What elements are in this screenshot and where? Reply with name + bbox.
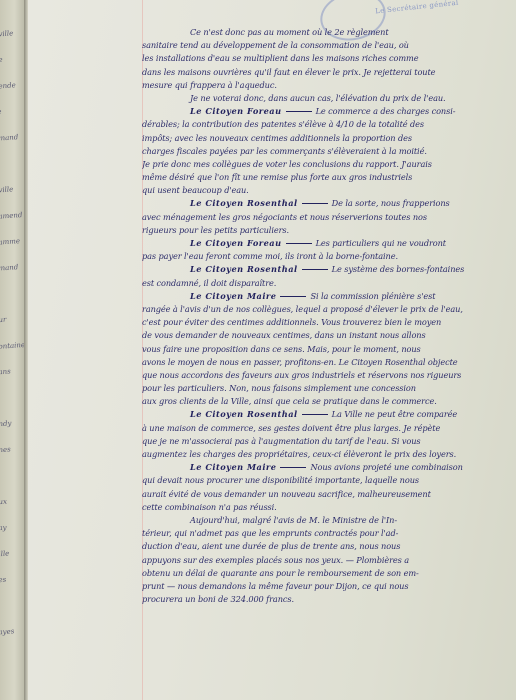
- margin-note: re: [0, 108, 2, 117]
- line-text: obtenu un délai de quarante ans pour le …: [142, 568, 419, 578]
- speaker-dash: [286, 111, 312, 112]
- text-line: procurera un boni de 324.000 francs.: [142, 593, 512, 606]
- text-line: aux gros clients de la Ville, ainsi que …: [142, 395, 512, 408]
- margin-note: ..ur: [0, 316, 7, 325]
- margin-note: ..ontaine: [0, 341, 24, 351]
- margin-note: ..mand: [0, 263, 19, 273]
- line-text: à une maison de commerce, ses gestes doi…: [142, 423, 440, 433]
- text-line: duction d'eau, aient une durée de plus d…: [142, 540, 512, 553]
- text-line: aurait évité de vous demander un nouveau…: [142, 488, 512, 501]
- text-line: à une maison de commerce, ses gestes doi…: [142, 422, 512, 435]
- speaker-line: Le Citoyen ForeauLe commerce a des charg…: [142, 105, 512, 118]
- text-line: pas payer l'eau feront comme moi, ils ir…: [142, 250, 512, 263]
- line-text: vous faire une proposition dans ce sens.…: [142, 344, 421, 354]
- speaker-name: Le Citoyen Rosenthal: [190, 409, 298, 419]
- line-text: de vous demander de nouveaux centimes, d…: [142, 330, 426, 340]
- line-text: La Ville ne peut être comparée: [332, 409, 457, 419]
- text-line: dérables; la contribution des patentes s…: [142, 118, 512, 131]
- line-text: avec ménagement les gros négociants et n…: [142, 212, 427, 222]
- text-line: dans les maisons ouvrières qu'il faut en…: [142, 66, 512, 79]
- text-line: appuyons sur des exemples placés sous no…: [142, 554, 512, 567]
- text-line: térieur, qui n'admet pas que les emprunt…: [142, 527, 512, 540]
- speaker-line: Le Citoyen RosenthalLe système des borne…: [142, 263, 512, 276]
- line-text: Je ne voterai donc, dans aucun cas, l'él…: [190, 93, 446, 103]
- text-line: avons le moyen de nous en passer, profit…: [142, 356, 512, 369]
- speaker-name: Le Citoyen Maire: [190, 462, 276, 472]
- line-text: Ce n'est donc pas au moment où le 2e règ…: [190, 27, 389, 37]
- line-text: sanitaire tend au développement de la co…: [142, 40, 409, 50]
- text-line: vous faire une proposition dans ce sens.…: [142, 343, 512, 356]
- text-line: cette combinaison n'a pas réussi.: [142, 501, 512, 514]
- margin-note: ..ux: [0, 498, 7, 507]
- line-text: est condamné, il doit disparaître.: [142, 278, 276, 288]
- line-text: aux gros clients de la Ville, ainsi que …: [142, 396, 437, 406]
- text-line: Aujourd'hui, malgré l'avis de M. le Mini…: [142, 514, 512, 527]
- margin-note: ..amme: [0, 237, 20, 247]
- speaker-name: Le Citoyen Rosenthal: [190, 264, 298, 274]
- speaker-name: Le Citoyen Foreau: [190, 238, 282, 248]
- stamp-label: Le Secrétaire général: [375, 0, 459, 15]
- line-text: prunt — nous demandons la même faveur po…: [142, 581, 408, 591]
- speaker-dash: [302, 414, 328, 415]
- margin-note: ..nes: [0, 445, 11, 454]
- line-text: procurera un boni de 324.000 francs.: [142, 594, 294, 604]
- text-line: est condamné, il doit disparaître.: [142, 277, 512, 290]
- margin-note: ..ende: [0, 81, 16, 90]
- text-line: augmentez les charges des propriétaires,…: [142, 448, 512, 461]
- line-text: augmentez les charges des propriétaires,…: [142, 449, 456, 459]
- speaker-line: Le Citoyen ForeauLes particuliers qui ne…: [142, 237, 512, 250]
- line-text: Si la commission plénière s'est: [310, 291, 435, 301]
- line-text: c'est pour éviter des centimes additionn…: [142, 317, 441, 327]
- speaker-line: Le Citoyen MaireSi la commission plénièr…: [142, 290, 512, 303]
- text-line: qui devait nous procurer une disponibili…: [142, 474, 512, 487]
- speaker-dash: [280, 467, 306, 468]
- text-line: mesure qui frappera à l'aqueduc.: [142, 79, 512, 92]
- line-text: impôts; avec les nouveaux centimes addit…: [142, 133, 412, 143]
- line-text: mesure qui frappera à l'aqueduc.: [142, 80, 277, 90]
- margin-note: ..ville: [0, 29, 14, 38]
- margin-note: ..ayes: [0, 627, 15, 636]
- margin-note: ..ille: [0, 549, 10, 558]
- line-text: les installations d'eau se multiplient d…: [142, 53, 418, 63]
- line-text: dérables; la contribution des patentes s…: [142, 119, 424, 129]
- text-line: même désiré que l'on fît une remise plus…: [142, 171, 512, 184]
- margin-note: ..mand: [0, 133, 19, 143]
- text-line: Je prie donc mes collègues de voter les …: [142, 158, 512, 171]
- line-text: aurait évité de vous demander un nouveau…: [142, 489, 431, 499]
- line-text: rigueurs pour les petits particuliers.: [142, 225, 289, 235]
- speaker-dash: [302, 203, 328, 204]
- line-text: appuyons sur des exemples placés sous no…: [142, 555, 409, 565]
- text-line: charges fiscales payées par les commerça…: [142, 145, 512, 158]
- margin-note: ..ville: [0, 185, 14, 194]
- speaker-line: Le Citoyen MaireNous avions projeté une …: [142, 461, 512, 474]
- line-text: Le système des bornes-fontaines: [332, 264, 465, 274]
- speaker-line: Le Citoyen RosenthalLa Ville ne peut êtr…: [142, 408, 512, 421]
- text-line: c'est pour éviter des centimes additionn…: [142, 316, 512, 329]
- text-line: Je ne voterai donc, dans aucun cas, l'él…: [142, 92, 512, 105]
- line-text: pas payer l'eau feront comme moi, ils ir…: [142, 251, 398, 261]
- line-text: qui devait nous procurer une disponibili…: [142, 475, 419, 485]
- speaker-dash: [286, 243, 312, 244]
- speaker-line: Le Citoyen RosenthalDe la sorte, nous fr…: [142, 197, 512, 210]
- text-line: prunt — nous demandons la même faveur po…: [142, 580, 512, 593]
- margin-note: ..amend: [0, 211, 23, 221]
- manuscript-text: Ce n'est donc pas au moment où le 2e règ…: [142, 26, 512, 606]
- text-line: rigueurs pour les petits particuliers.: [142, 224, 512, 237]
- line-text: qui usent beaucoup d'eau.: [142, 185, 249, 195]
- margin-note: ..es: [0, 576, 6, 585]
- line-text: que je ne m'associerai pas à l'augmentat…: [142, 436, 420, 446]
- speaker-name: Le Citoyen Foreau: [190, 106, 282, 116]
- text-line: sanitaire tend au développement de la co…: [142, 39, 512, 52]
- text-line: avec ménagement les gros négociants et n…: [142, 211, 512, 224]
- margin-note: le: [0, 160, 1, 168]
- line-text: charges fiscales payées par les commerça…: [142, 146, 427, 156]
- adjacent-left-page: ..villede..endere..mandle..ville..amend.…: [0, 0, 24, 700]
- margin-note: ..ndy: [0, 419, 12, 428]
- margin-note: de: [0, 56, 3, 65]
- line-text: Aujourd'hui, malgré l'avis de M. le Mini…: [190, 515, 397, 525]
- text-line: les installations d'eau se multiplient d…: [142, 52, 512, 65]
- line-text: térieur, qui n'admet pas que les emprunt…: [142, 528, 398, 538]
- line-text: De la sorte, nous frapperions: [332, 198, 450, 208]
- line-text: rangée à l'avis d'un de nos collègues, l…: [142, 304, 463, 314]
- line-text: Nous avions projeté une combinaison: [310, 462, 462, 472]
- line-text: pour les particuliers. Non, nous faisons…: [142, 383, 416, 393]
- text-line: qui usent beaucoup d'eau.: [142, 184, 512, 197]
- speaker-name: Le Citoyen Maire: [190, 291, 276, 301]
- text-line: rangée à l'avis d'un de nos collègues, l…: [142, 303, 512, 316]
- margin-note: ..ay: [0, 524, 7, 533]
- text-line: que nous accordons des faveurs aux gros …: [142, 369, 512, 382]
- margin-note: ..ans: [0, 367, 11, 376]
- line-text: Je prie donc mes collègues de voter les …: [142, 159, 432, 169]
- speaker-dash: [280, 296, 306, 297]
- text-line: Ce n'est donc pas au moment où le 2e règ…: [142, 26, 512, 39]
- line-text: duction d'eau, aient une durée de plus d…: [142, 541, 400, 551]
- text-line: impôts; avec les nouveaux centimes addit…: [142, 132, 512, 145]
- text-line: que je ne m'associerai pas à l'augmentat…: [142, 435, 512, 448]
- line-text: Le commerce a des charges consi-: [316, 106, 456, 116]
- speaker-name: Le Citoyen Rosenthal: [190, 198, 298, 208]
- text-line: pour les particuliers. Non, nous faisons…: [142, 382, 512, 395]
- text-line: obtenu un délai de quarante ans pour le …: [142, 567, 512, 580]
- text-line: de vous demander de nouveaux centimes, d…: [142, 329, 512, 342]
- line-text: avons le moyen de nous en passer, profit…: [142, 357, 458, 367]
- speaker-dash: [302, 269, 328, 270]
- line-text: même désiré que l'on fît une remise plus…: [142, 172, 412, 182]
- line-text: que nous accordons des faveurs aux gros …: [142, 370, 461, 380]
- line-text: Les particuliers qui ne voudront: [316, 238, 446, 248]
- line-text: dans les maisons ouvrières qu'il faut en…: [142, 67, 435, 77]
- line-text: cette combinaison n'a pas réussi.: [142, 502, 277, 512]
